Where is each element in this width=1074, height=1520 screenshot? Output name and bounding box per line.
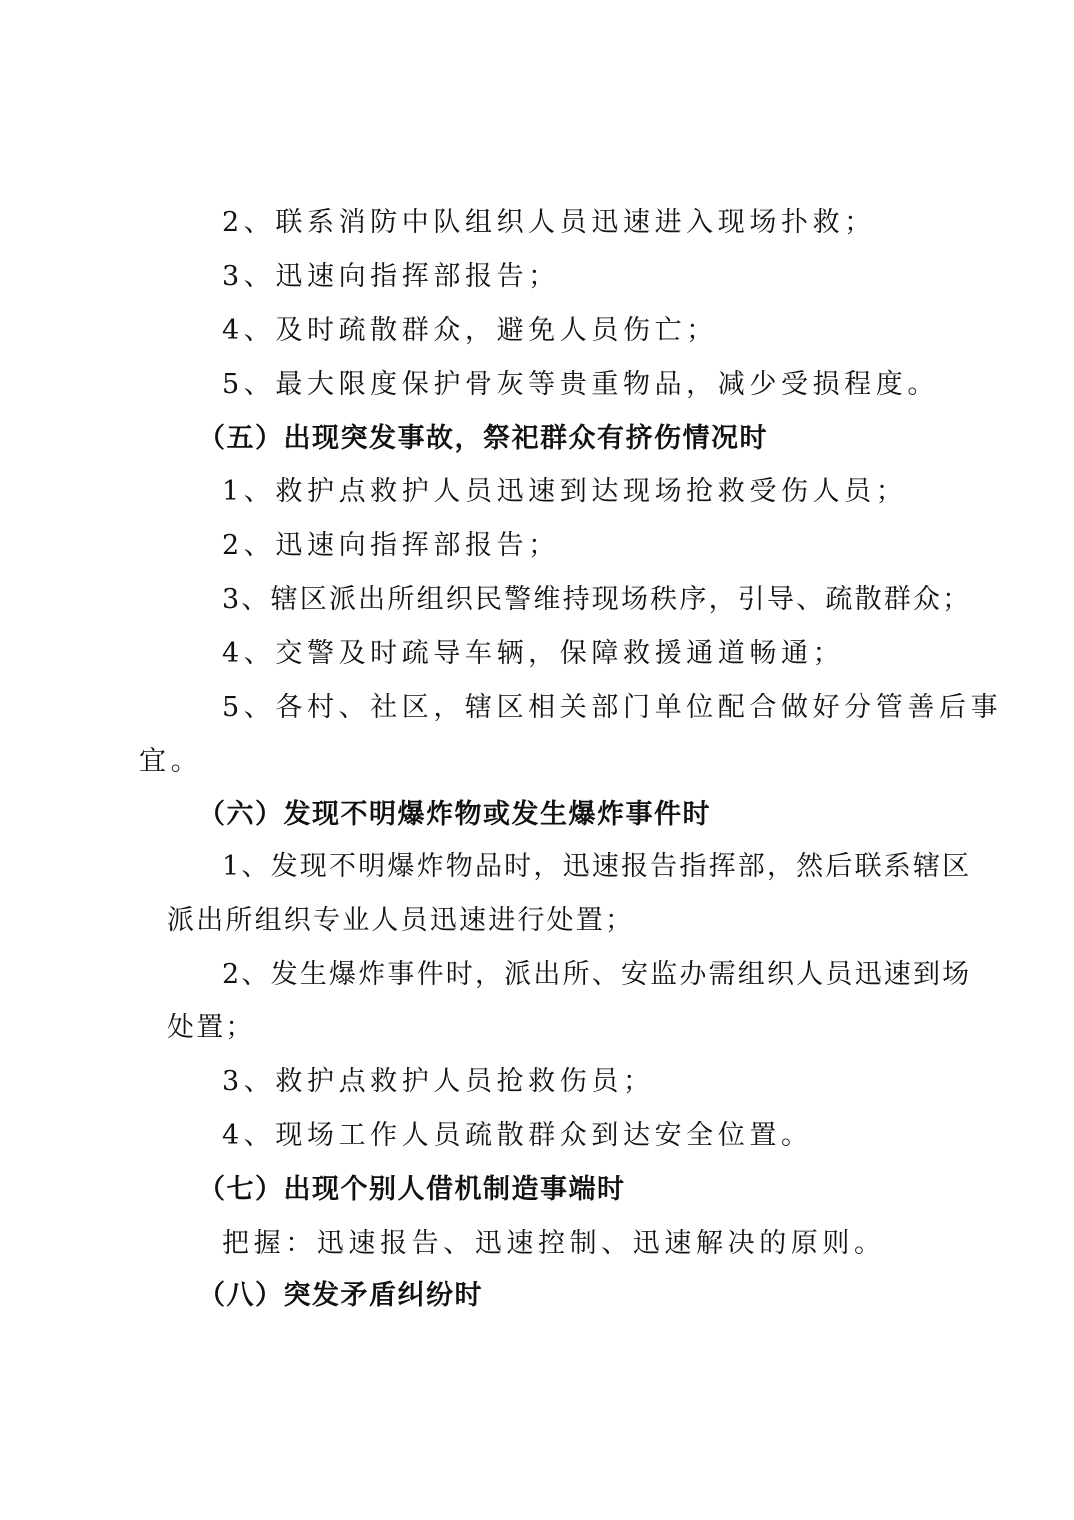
section-heading-8: （八）突发矛盾纠纷时 [198,1279,483,1313]
section-heading-5: （五）出现突发事故，祭祀群众有挤伤情况时 [198,422,768,456]
section-5-item-5: 5、各村、社区，辖区相关部门单位配合做好分管善后事 [222,691,1002,725]
section-heading-7: （七）出现个别人借机制造事端时 [198,1173,626,1207]
section-5-item-2: 2、迅速向指挥部报告； [222,529,560,563]
section-6-item-2: 2、发生爆炸事件时，派出所、安监办需组织人员迅速到场 [222,958,971,992]
section-heading-6: （六）发现不明爆炸物或发生爆炸事件时 [198,798,711,832]
section-5-item-4: 4、交警及时疏导车辆，保障救援通道畅通； [222,637,844,671]
section-5-item-1: 1、救护点救护人员迅速到达现场抢救受伤人员； [222,475,907,509]
section-6-item-1: 1、发现不明爆炸物品时，迅速报告指挥部，然后联系辖区 [222,850,971,884]
section-7-principle: 把握：迅速报告、迅速控制、迅速解决的原则。 [222,1227,886,1261]
section-5-item-3: 3、辖区派出所组织民警维持现场秩序，引导、疏散群众； [222,583,971,617]
fire-item-3: 3、迅速向指挥部报告； [222,260,560,294]
section-6-item-1-continuation: 派出所组织专业人员迅速进行处置； [167,904,634,938]
section-6-item-2-continuation: 处置； [167,1011,255,1045]
document-page: 2、联系消防中队组织人员迅速进入现场扑救； 3、迅速向指挥部报告； 4、及时疏散… [0,0,1074,1520]
fire-item-4: 4、及时疏散群众，避免人员伤亡； [222,314,718,348]
section-6-item-4: 4、现场工作人员疏散群众到达安全位置。 [222,1119,813,1153]
section-5-item-5-continuation: 宜。 [139,745,202,779]
section-6-item-3: 3、救护点救护人员抢救伤员； [222,1065,655,1099]
fire-item-5: 5、最大限度保护骨灰等贵重物品，减少受损程度。 [222,368,939,402]
fire-item-2: 2、联系消防中队组织人员迅速进入现场扑救； [222,206,876,240]
